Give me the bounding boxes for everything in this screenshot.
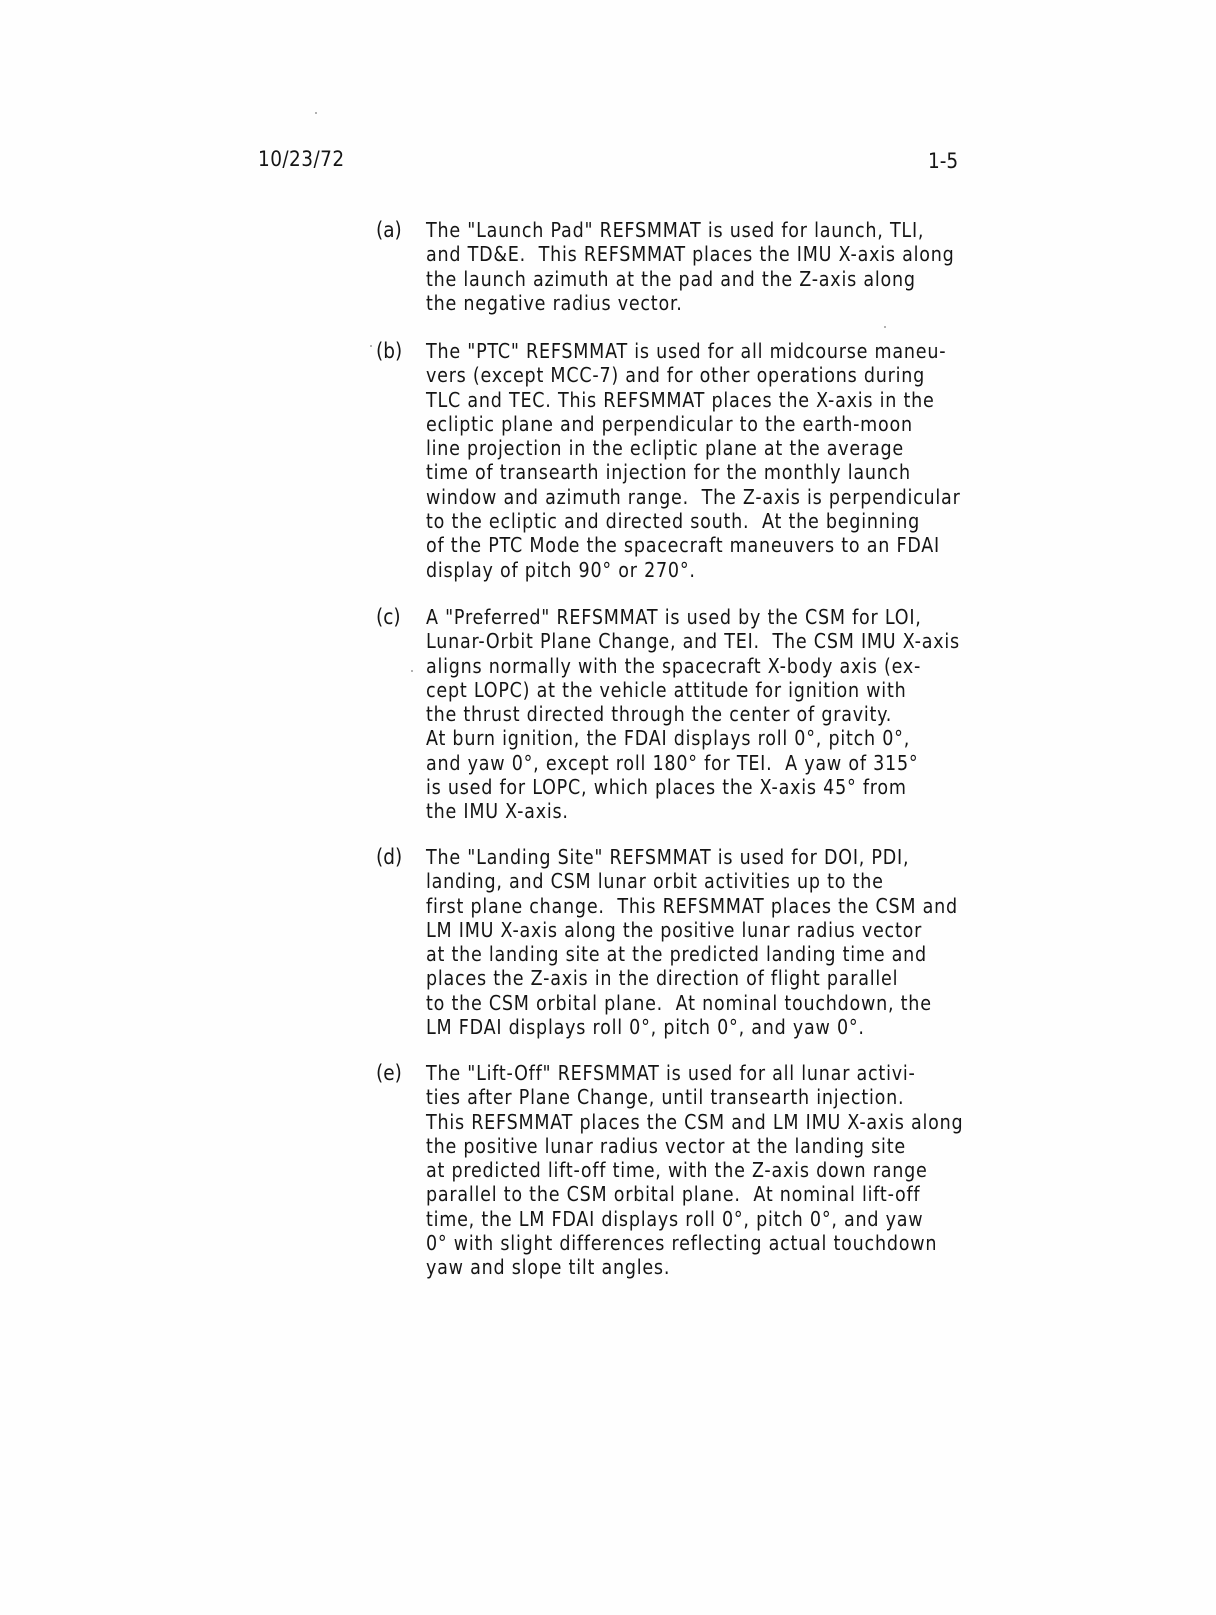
item-label: (c)	[376, 605, 401, 629]
text-line: aligns normally with the spacecraft X-bo…	[426, 654, 960, 678]
text-line: the thrust directed through the center o…	[426, 702, 960, 726]
document-page: 10/23/72 1-5 (a) The "Launch Pad" REFSMM…	[0, 0, 1216, 1615]
text-line: the negative radius vector.	[426, 291, 955, 315]
text-line: A "Preferred" REFSMMAT is used by the CS…	[426, 605, 960, 629]
text-line: parallel to the CSM orbital plane. At no…	[426, 1182, 963, 1206]
text-line: window and azimuth range. The Z-axis is …	[426, 485, 961, 509]
scan-speck	[884, 326, 886, 328]
item-label: (d)	[376, 845, 402, 869]
text-line: 0° with slight differences reflecting ac…	[426, 1231, 963, 1255]
text-line: first plane change. This REFSMMAT places…	[426, 894, 958, 918]
item-label: (b)	[376, 339, 402, 363]
text-line: at predicted lift-off time, with the Z-a…	[426, 1158, 963, 1182]
item-label: (a)	[376, 218, 402, 242]
text-line: LM FDAI displays roll 0°, pitch 0°, and …	[426, 1015, 958, 1039]
text-line: at the landing site at the predicted lan…	[426, 942, 958, 966]
item-body: A "Preferred" REFSMMAT is used by the CS…	[426, 605, 1050, 824]
text-line: cept LOPC) at the vehicle attitude for i…	[426, 678, 960, 702]
text-line: the IMU X-axis.	[426, 799, 960, 823]
page-number: 1-5	[928, 149, 958, 173]
item-label: (e)	[376, 1061, 402, 1085]
text-line: The "Landing Site" REFSMMAT is used for …	[426, 845, 958, 869]
text-line: ties after Plane Change, until transeart…	[426, 1085, 963, 1109]
text-line: The "Launch Pad" REFSMMAT is used for la…	[426, 218, 955, 242]
scan-speck	[411, 670, 413, 672]
text-line: to the CSM orbital plane. At nominal tou…	[426, 991, 958, 1015]
scan-speck	[370, 345, 372, 347]
text-line: vers (except MCC-7) and for other operat…	[426, 363, 961, 387]
item-body: The "Landing Site" REFSMMAT is used for …	[426, 845, 1048, 1039]
scan-speck	[315, 112, 317, 114]
text-line: the launch azimuth at the pad and the Z-…	[426, 267, 955, 291]
text-line: At burn ignition, the FDAI displays roll…	[426, 726, 960, 750]
text-line: time of transearth injection for the mon…	[426, 460, 961, 484]
text-line: and yaw 0°, except roll 180° for TEI. A …	[426, 751, 960, 775]
text-line: yaw and slope tilt angles.	[426, 1255, 963, 1279]
item-body: The "Lift-Off" REFSMMAT is used for all …	[426, 1061, 1055, 1280]
item-body: The "PTC" REFSMMAT is used for all midco…	[426, 339, 1051, 582]
text-line: display of pitch 90° or 270°.	[426, 558, 961, 582]
text-line: LM IMU X-axis along the positive lunar r…	[426, 918, 958, 942]
text-line: places the Z-axis in the direction of fl…	[426, 966, 958, 990]
text-line: The "PTC" REFSMMAT is used for all midco…	[426, 339, 961, 363]
text-line: line projection in the ecliptic plane at…	[426, 436, 961, 460]
text-line: This REFSMMAT places the CSM and LM IMU …	[426, 1110, 963, 1134]
text-line: TLC and TEC. This REFSMMAT places the X-…	[426, 388, 961, 412]
text-line: time, the LM FDAI displays roll 0°, pitc…	[426, 1207, 963, 1231]
document-date: 10/23/72	[258, 147, 345, 171]
text-line: and TD&E. This REFSMMAT places the IMU X…	[426, 242, 955, 266]
text-line: of the PTC Mode the spacecraft maneuvers…	[426, 533, 961, 557]
text-line: landing, and CSM lunar orbit activities …	[426, 869, 958, 893]
text-line: the positive lunar radius vector at the …	[426, 1134, 963, 1158]
text-line: Lunar-Orbit Plane Change, and TEI. The C…	[426, 629, 960, 653]
text-line: The "Lift-Off" REFSMMAT is used for all …	[426, 1061, 963, 1085]
text-line: to the ecliptic and directed south. At t…	[426, 509, 961, 533]
text-line: is used for LOPC, which places the X-axi…	[426, 775, 960, 799]
item-body: The "Launch Pad" REFSMMAT is used for la…	[426, 218, 1044, 315]
text-line: ecliptic plane and perpendicular to the …	[426, 412, 961, 436]
